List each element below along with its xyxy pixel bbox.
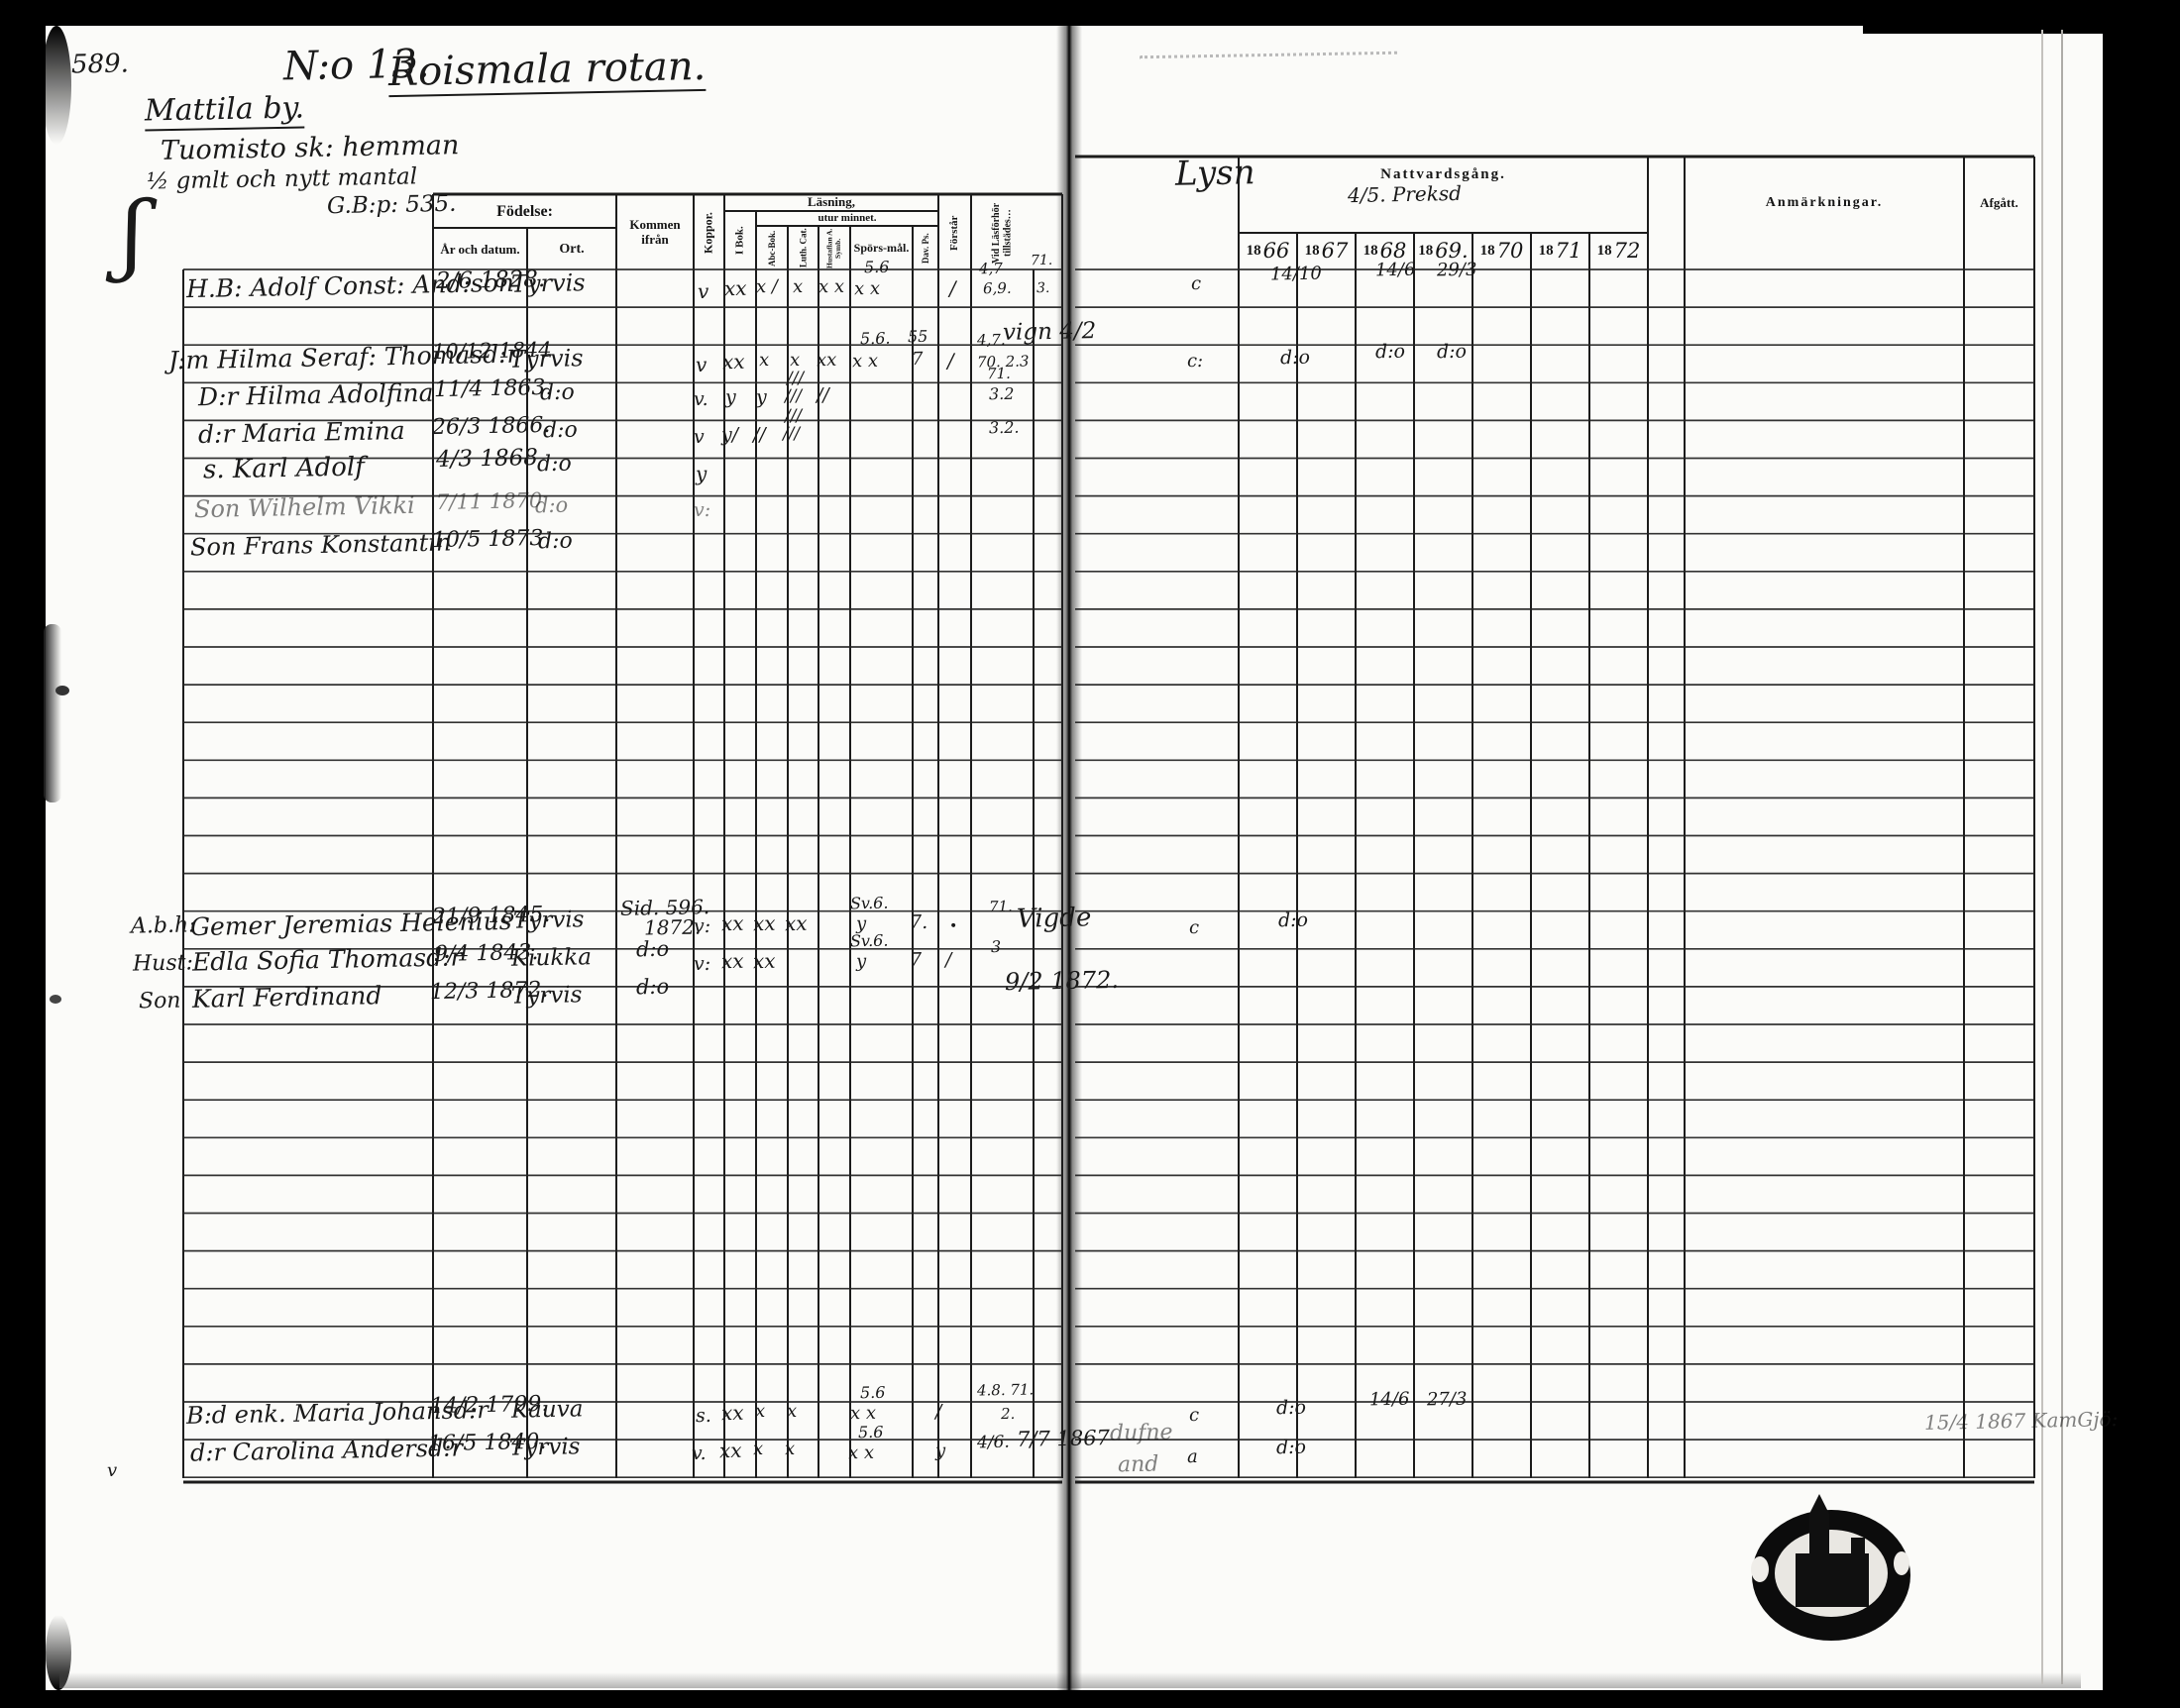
handwritten-entry: ///: [785, 388, 803, 405]
handwritten-entry: 5.6.: [860, 331, 891, 348]
handwritten-entry: x x: [850, 1405, 876, 1423]
handwritten-entry: 29/3: [1437, 262, 1477, 280]
handwritten-entry: d:o: [1276, 1439, 1306, 1458]
handwritten-entry: d:o: [540, 382, 575, 405]
handwritten-entry: Tyrvis: [509, 346, 584, 371]
handwritten-entry: Kauva: [511, 1398, 584, 1422]
handwritten-entry: ½ gmlt och nytt mantal: [147, 165, 418, 193]
handwritten-entry: 15/4 1867 KamGjö:: [1924, 1409, 2119, 1433]
handwritten-entry: v: [694, 428, 705, 447]
handwritten-entry: xx: [753, 951, 776, 971]
handwritten-entry: 6,9.: [983, 281, 1012, 297]
handwritten-entry: d:o: [535, 495, 569, 517]
handwritten-entry: d:o: [636, 977, 670, 999]
handwritten-entry: 71.: [989, 900, 1013, 914]
handwritten-entry: ///: [783, 426, 801, 443]
handwritten-entry: 27/3: [1427, 1391, 1468, 1410]
handwritten-entry: 14/6: [1369, 1391, 1410, 1410]
handwritten-entry: ///: [785, 408, 803, 425]
handwritten-entry: 7/7 1867: [1017, 1428, 1110, 1450]
handwritten-entry: xx: [722, 352, 745, 372]
handwritten-entry: c:: [1187, 353, 1203, 371]
handwritten-entry: x: [787, 1403, 797, 1421]
handwritten-entry: 14/10: [1270, 266, 1322, 284]
handwritten-entry: y: [856, 953, 867, 971]
handwritten-entry: d:r Maria Emina: [198, 418, 405, 447]
handwritten-entry: x: [755, 1403, 765, 1421]
handwritten-entry: c: [1189, 919, 1199, 937]
handwritten-entry: /: [949, 278, 956, 298]
handwritten-entry: v.: [694, 390, 708, 409]
handwritten-entry: Tyrvis: [511, 270, 586, 295]
scanned-church-record-page: Födelse: År och datum. Ort. Kommen ifrån…: [0, 0, 2180, 1708]
handwritten-entry: Kiukka: [511, 946, 592, 971]
handwritten-entry: v: [696, 355, 708, 374]
handwritten-entry: and: [1118, 1454, 1159, 1477]
handwritten-entry: xx: [721, 951, 744, 971]
handwritten-entry: 3.2: [989, 386, 1015, 402]
handwritten-entry: Sv.6.: [850, 896, 889, 912]
handwritten-entry: x x: [854, 280, 880, 298]
handwritten-entry: xx: [721, 913, 744, 933]
handwritten-entry: y/: [721, 426, 739, 445]
handwritten-entry: d:o: [1375, 343, 1405, 363]
handwritten-entry: xx: [753, 913, 776, 933]
handwritten-entry: 4.8. 71.: [977, 1382, 1035, 1398]
handwritten-entry: v: [107, 1462, 118, 1480]
handwritten-entry: xx: [724, 278, 747, 298]
handwritten-entry: 3: [991, 939, 1001, 955]
handwritten-entry: 2.: [1001, 1407, 1016, 1422]
handwritten-entry: 5.6: [860, 1385, 886, 1401]
handwritten-entry: 71.: [987, 367, 1011, 381]
handwritten-entry: c: [1189, 1407, 1199, 1425]
handwritten-entry: 3.2.: [989, 420, 1020, 437]
handwritten-entry: Tyrvis: [513, 908, 585, 932]
handwritten-entry: x: [759, 352, 769, 370]
handwritten-entry: d:r Carolina Andersd:r: [190, 1436, 463, 1464]
handwritten-entry: 3.: [1036, 281, 1050, 295]
handwritten-entry: d:o: [538, 531, 573, 554]
handwritten-entry: d:o: [636, 939, 670, 961]
handwritten-entry: x: [753, 1441, 763, 1458]
handwritten-entry: /: [947, 351, 954, 371]
handwritten-entry: ʃ: [120, 190, 146, 277]
handwritten-entry: a: [1187, 1448, 1198, 1466]
handwritten-ink-layer: 589.N:o 13.Roismala rotan.Mattila by.ʃTu…: [0, 0, 2180, 1708]
handwritten-entry: //: [753, 426, 766, 445]
handwritten-entry: y: [935, 1442, 946, 1460]
handwritten-entry: 26/3 1866.: [432, 415, 551, 439]
handwritten-entry: xx: [817, 352, 837, 370]
handwritten-entry: d:o: [537, 454, 572, 477]
handwritten-entry: x x: [848, 1444, 874, 1462]
handwritten-entry: d:o: [1280, 349, 1310, 369]
handwritten-entry: d:o: [1276, 1399, 1306, 1419]
handwritten-entry: 10/5 1873: [432, 528, 544, 552]
handwritten-entry: 4,7.: [977, 333, 1006, 349]
handwritten-entry: 4/3 1868: [436, 447, 538, 472]
handwritten-entry: Vigde: [1017, 905, 1092, 931]
handwritten-entry: Tuomisto sk: hemman: [161, 132, 460, 164]
handwritten-entry: Son Wilhelm Vikki: [194, 493, 415, 521]
handwritten-entry: 55: [908, 329, 928, 345]
handwritten-entry: x x: [818, 278, 844, 296]
handwritten-entry: 7/11 1870: [436, 490, 543, 513]
handwritten-entry: •: [949, 919, 958, 933]
handwritten-entry: d:o: [1278, 911, 1308, 931]
handwritten-entry: /: [945, 951, 952, 970]
handwritten-entry: y: [696, 464, 708, 483]
handwritten-entry: x: [790, 352, 800, 370]
handwritten-entry: G.B:p: 535.: [327, 193, 457, 219]
handwritten-entry: dufne: [1110, 1422, 1173, 1444]
handwritten-entry: Roismala rotan.: [388, 47, 707, 97]
handwritten-entry: vign 4/2: [1003, 320, 1097, 345]
handwritten-entry: Mattila by.: [145, 93, 305, 131]
handwritten-entry: Son: [139, 991, 181, 1014]
handwritten-entry: Sv.6.: [850, 933, 889, 950]
handwritten-entry: x: [785, 1441, 795, 1458]
handwritten-entry: 7: [910, 951, 922, 970]
handwritten-entry: xx: [719, 1441, 742, 1460]
handwritten-entry: xx: [721, 1403, 744, 1423]
handwritten-entry: c: [1191, 275, 1201, 293]
handwritten-entry: 9/2 1872.: [1005, 968, 1119, 994]
handwritten-entry: /: [935, 1403, 942, 1422]
handwritten-entry: Hust:: [133, 952, 193, 975]
handwritten-entry: 7.: [910, 913, 928, 932]
handwritten-entry: 589.: [71, 51, 129, 77]
handwritten-entry: 4/6.: [977, 1435, 1010, 1452]
handwritten-entry: Tyrvis: [509, 1436, 581, 1459]
handwritten-entry: 4/5. Preksd: [1348, 183, 1462, 205]
handwritten-entry: y: [756, 388, 767, 407]
handwritten-entry: Son Frans Konstantin: [190, 530, 452, 559]
handwritten-entry: x: [793, 278, 803, 296]
handwritten-entry: Lysn: [1175, 156, 1255, 191]
handwritten-entry: y: [725, 388, 736, 407]
handwritten-entry: 5.6: [864, 260, 890, 275]
handwritten-entry: v: [698, 281, 709, 301]
handwritten-entry: v:: [694, 917, 711, 936]
handwritten-entry: d:o: [543, 420, 578, 443]
handwritten-entry: Karl Ferdinand: [192, 983, 382, 1012]
handwritten-entry: A.b.h:: [131, 914, 196, 937]
handwritten-entry: s. Karl Adolf: [203, 454, 365, 482]
handwritten-entry: x /: [756, 278, 778, 296]
handwritten-entry: d:o: [1437, 343, 1467, 363]
handwritten-entry: 11/4 1863.: [434, 377, 553, 401]
handwritten-entry: D:r Hilma Adolfina: [198, 380, 434, 410]
handwritten-entry: xx: [785, 913, 808, 933]
handwritten-entry: s.: [696, 1407, 711, 1426]
handwritten-entry: 5.6: [858, 1425, 884, 1441]
handwritten-entry: //: [817, 386, 829, 405]
handwritten-entry: v.: [692, 1444, 707, 1463]
handwritten-entry: 14/6: [1375, 262, 1416, 280]
handwritten-entry: 71.: [1031, 254, 1053, 267]
handwritten-entry: 1872.: [644, 916, 702, 937]
handwritten-entry: ///: [787, 371, 805, 387]
handwritten-entry: v:: [694, 501, 711, 520]
handwritten-entry: 4,7: [979, 262, 1003, 276]
handwritten-entry: x x: [852, 353, 878, 371]
handwritten-entry: 7: [912, 351, 924, 369]
handwritten-entry: Edla Sofia Thomasd:r: [192, 944, 463, 974]
handwritten-entry: v:: [694, 955, 711, 974]
handwritten-entry: Tyrvis: [511, 984, 583, 1008]
